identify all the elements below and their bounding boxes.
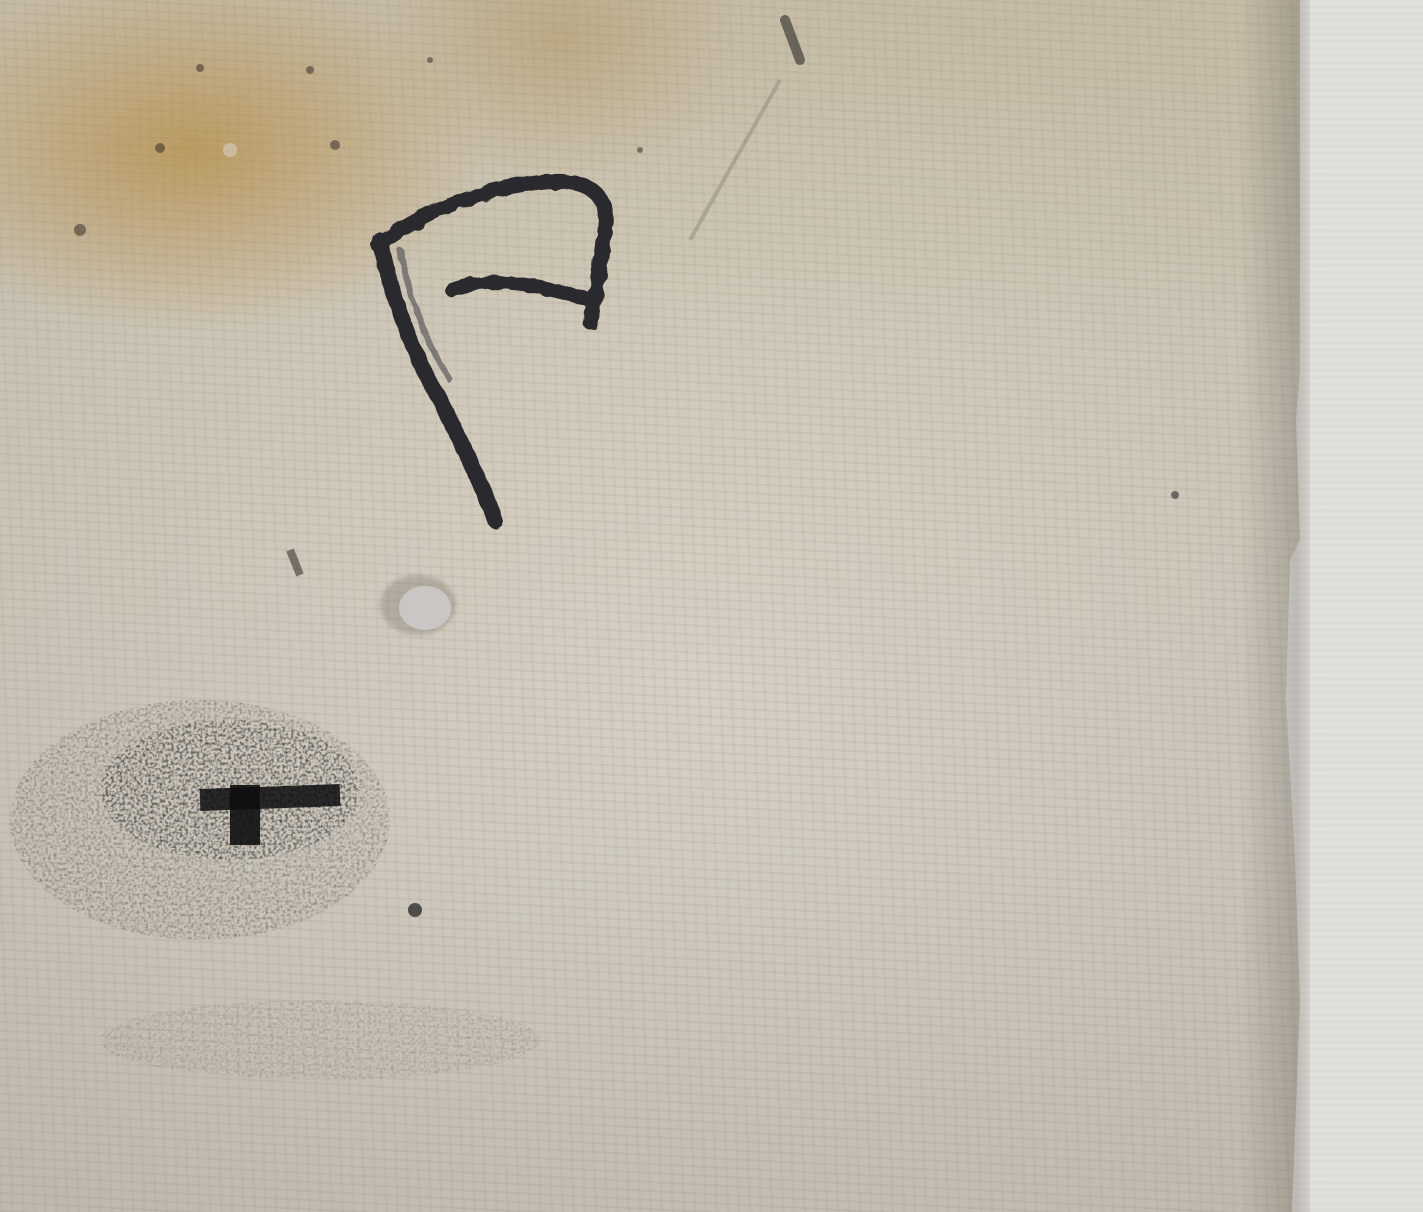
photo-scene: P [0,0,1423,1212]
scratch-mark [690,80,780,240]
drawing-overlay [0,0,1423,1212]
small-pit [290,550,456,635]
charcoal-smudge [10,700,540,1080]
letter-p [378,181,606,520]
ochre-stain [74,57,1179,499]
